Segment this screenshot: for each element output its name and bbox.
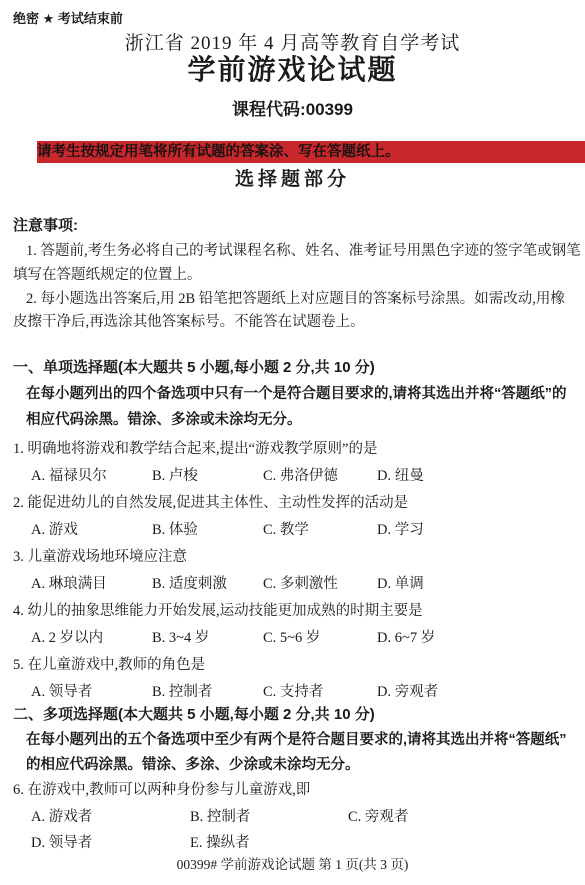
option-a: A. 2 岁以内 xyxy=(31,628,103,648)
option-b: B. 控制者 xyxy=(190,807,250,827)
question-1-options: A. 福禄贝尔 B. 卢梭 C. 弗洛伊德 D. 纽曼 xyxy=(0,466,585,486)
option-c: C. 旁观者 xyxy=(348,807,408,827)
option-c: C. 5~6 岁 xyxy=(263,628,320,648)
question-2-options: A. 游戏 B. 体验 C. 教学 D. 学习 xyxy=(0,520,585,540)
secrecy-notice: 绝密 ★ 考试结束前 xyxy=(13,9,123,29)
note-2-line-1: 2. 每小题选出答案后,用 2B 铅笔把答题纸上对应题目的答案标号涂黑。如需改动… xyxy=(26,289,565,309)
option-e: E. 操纵者 xyxy=(190,833,250,853)
option-d: D. 旁观者 xyxy=(377,682,438,702)
red-highlight-band: 请考生按规定用笔将所有试题的答案涂、写在答题纸上。 xyxy=(37,141,585,163)
exam-paper-page: 绝密 ★ 考试结束前 浙江省 2019 年 4 月高等教育自学考试 学前游戏论试… xyxy=(0,0,585,885)
pen-usage-notice: 请考生按规定用笔将所有试题的答案涂、写在答题纸上。 xyxy=(37,142,400,162)
option-c: C. 多刺激性 xyxy=(263,574,338,594)
note-1-line-1: 1. 答题前,考生务必将自己的考试课程名称、姓名、准考证号用黑色字迹的签字笔或钢… xyxy=(26,241,581,261)
option-c: C. 支持者 xyxy=(263,682,323,702)
note-2-line-2: 皮擦干净后,再选涂其他答案标号。不能答在试题卷上。 xyxy=(13,312,365,332)
section-2-heading: 二、多项选择题(本大题共 5 小题,每小题 2 分,共 10 分) xyxy=(13,705,375,725)
option-b: B. 体验 xyxy=(152,520,198,540)
question-6-options-row-2: D. 领导者 E. 操纵者 xyxy=(0,833,585,853)
page-footer: 00399# 学前游戏论试题 第 1 页(共 3 页) xyxy=(0,855,585,875)
question-4: 4. 幼儿的抽象思维能力开始发展,运动技能更加成熟的时期主要是 xyxy=(13,601,423,621)
option-d: D. 领导者 xyxy=(31,833,92,853)
option-b: B. 适度刺激 xyxy=(152,574,227,594)
question-1: 1. 明确地将游戏和教学结合起来,提出“游戏教学原则”的是 xyxy=(13,439,378,459)
option-a: A. 福禄贝尔 xyxy=(31,466,107,486)
option-d: D. 学习 xyxy=(377,520,424,540)
section-2-instruction-line-1: 在每小题列出的五个备选项中至少有两个是符合题目要求的,请将其选出并将“答题纸” xyxy=(26,730,567,750)
option-a: A. 领导者 xyxy=(31,682,92,702)
option-a: A. 游戏 xyxy=(31,520,78,540)
notes-heading: 注意事项: xyxy=(13,216,78,236)
option-d: D. 纽曼 xyxy=(377,466,424,486)
exam-title: 学前游戏论试题 xyxy=(0,60,585,80)
option-a: A. 游戏者 xyxy=(31,807,92,827)
option-b: B. 控制者 xyxy=(152,682,212,702)
course-code: 课程代码:00399 xyxy=(0,100,585,120)
section-1-heading: 一、单项选择题(本大题共 5 小题,每小题 2 分,共 10 分) xyxy=(13,358,375,378)
section-2-instruction-line-2: 的相应代码涂黑。错涂、多涂、少涂或未涂均无分。 xyxy=(26,755,360,775)
question-6-options-row-1: A. 游戏者 B. 控制者 C. 旁观者 xyxy=(0,807,585,827)
question-3-options: A. 琳琅满目 B. 适度刺激 C. 多刺激性 D. 单调 xyxy=(0,574,585,594)
section-part-heading: 选择题部分 xyxy=(0,170,585,190)
option-d: D. 6~7 岁 xyxy=(377,628,435,648)
option-c: C. 弗洛伊德 xyxy=(263,466,338,486)
option-a: A. 琳琅满目 xyxy=(31,574,107,594)
question-3: 3. 儿童游戏场地环境应注意 xyxy=(13,547,187,567)
option-b: B. 3~4 岁 xyxy=(152,628,209,648)
option-d: D. 单调 xyxy=(377,574,424,594)
question-2: 2. 能促进幼儿的自然发展,促进其主体性、主动性发挥的活动是 xyxy=(13,493,408,513)
section-1-instruction-line-2: 相应代码涂黑。错涂、多涂或未涂均无分。 xyxy=(26,410,302,430)
question-5: 5. 在儿童游戏中,教师的角色是 xyxy=(13,655,205,675)
note-1-line-2: 填写在答题纸规定的位置上。 xyxy=(13,265,202,285)
option-c: C. 教学 xyxy=(263,520,309,540)
section-1-instruction-line-1: 在每小题列出的四个备选项中只有一个是符合题目要求的,请将其选出并将“答题纸”的 xyxy=(26,384,567,404)
question-4-options: A. 2 岁以内 B. 3~4 岁 C. 5~6 岁 D. 6~7 岁 xyxy=(0,628,585,648)
question-6: 6. 在游戏中,教师可以两种身份参与儿童游戏,即 xyxy=(13,780,310,800)
option-b: B. 卢梭 xyxy=(152,466,198,486)
exam-session-title: 浙江省 2019 年 4 月高等教育自学考试 xyxy=(0,34,585,54)
question-5-options: A. 领导者 B. 控制者 C. 支持者 D. 旁观者 xyxy=(0,682,585,702)
